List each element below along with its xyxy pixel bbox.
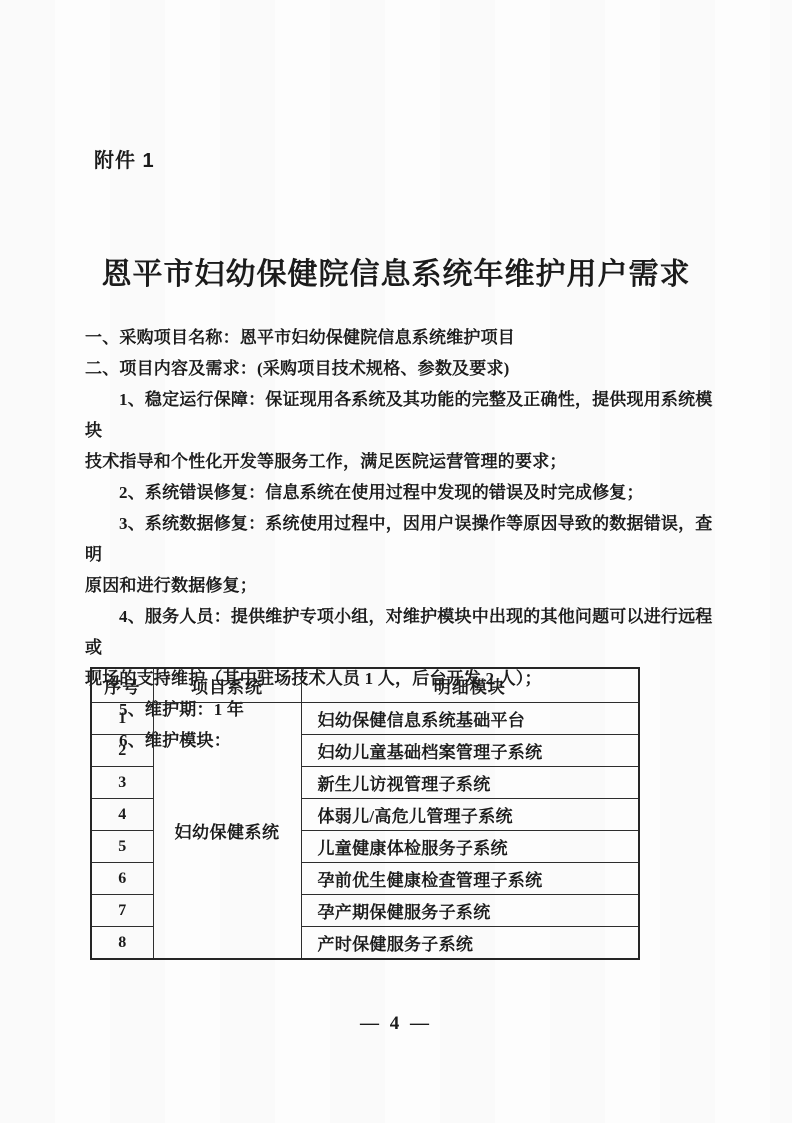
module-cell: 儿童健康体检服务子系统 [301, 831, 639, 863]
row-number-cell: 3 [91, 767, 153, 799]
row-number-cell: 5 [91, 831, 153, 863]
paragraph-item-1: 1、稳定运行保障：保证现用各系统及其功能的完整及正确性，提供现用系统模块 技术指… [85, 384, 717, 477]
column-header-module: 明细模块 [301, 668, 639, 703]
row-number-cell: 8 [91, 927, 153, 960]
page-number: — 4 — [0, 1013, 792, 1035]
table-row: 1 妇幼保健系统 妇幼保健信息系统基础平台 [91, 703, 639, 735]
row-number-cell: 1 [91, 703, 153, 735]
module-cell: 体弱儿/高危儿管理子系统 [301, 799, 639, 831]
paragraph-project-content: 二、项目内容及需求：(采购项目技术规格、参数及要求) [85, 353, 717, 384]
paragraph-item-3: 3、系统数据修复：系统使用过程中，因用户误操作等原因导致的数据错误，查明 原因和… [85, 508, 717, 601]
module-cell: 新生儿访视管理子系统 [301, 767, 639, 799]
paragraph-project-name: 一、采购项目名称：恩平市妇幼保健院信息系统维护项目 [85, 322, 717, 353]
module-cell: 产时保健服务子系统 [301, 927, 639, 960]
system-group-cell: 妇幼保健系统 [153, 703, 301, 960]
document-title: 恩平市妇幼保健院信息系统年维护用户需求 [0, 254, 792, 296]
paragraph-item-2: 2、系统错误修复：信息系统在使用过程中发现的错误及时完成修复； [85, 477, 717, 508]
module-cell: 妇幼儿童基础档案管理子系统 [301, 735, 639, 767]
row-number-cell: 2 [91, 735, 153, 767]
column-header-index: 序号 [91, 668, 153, 703]
module-cell: 妇幼保健信息系统基础平台 [301, 703, 639, 735]
table-header-row: 序号 项目系统 明细模块 [91, 668, 639, 703]
module-cell: 孕前优生健康检查管理子系统 [301, 863, 639, 895]
row-number-cell: 4 [91, 799, 153, 831]
column-header-system: 项目系统 [153, 668, 301, 703]
attachment-label: 附件 1 [94, 144, 155, 173]
maintenance-modules-table: 序号 项目系统 明细模块 1 妇幼保健系统 妇幼保健信息系统基础平台 2 妇幼儿… [90, 667, 640, 960]
row-number-cell: 6 [91, 863, 153, 895]
module-cell: 孕产期保健服务子系统 [301, 895, 639, 927]
document-page: 附件 1 恩平市妇幼保健院信息系统年维护用户需求 一、采购项目名称：恩平市妇幼保… [0, 0, 792, 1123]
row-number-cell: 7 [91, 895, 153, 927]
